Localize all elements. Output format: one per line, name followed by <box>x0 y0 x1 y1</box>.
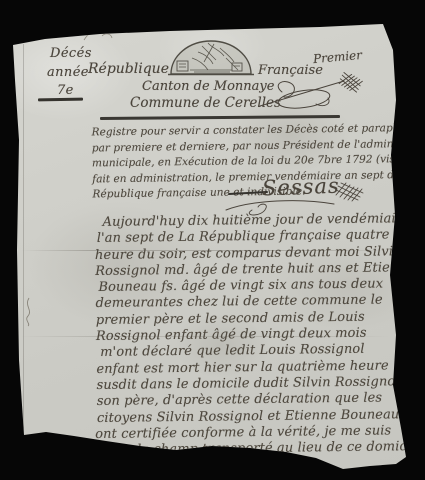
fold-crease <box>23 44 24 434</box>
republique-label: République <box>88 61 169 77</box>
crosshatch-paraph-icon <box>338 72 363 93</box>
signature-flourish-icon <box>258 70 368 116</box>
margin-annee-label: année <box>47 65 89 80</box>
pencil-mark-icon <box>82 26 114 46</box>
margin-underline <box>38 98 83 101</box>
register-line: sur le champ transporté au lieu de ce do… <box>111 439 423 459</box>
margin-year-value: 7e <box>57 83 74 98</box>
canton-line: Canton de Monnaye <box>142 79 274 94</box>
crosshatch-paraph-icon <box>336 181 366 201</box>
header-rule <box>100 115 340 120</box>
official-stamp-seal-icon <box>168 38 254 76</box>
margin-deces-label: Décés <box>50 46 92 61</box>
photographed-register-page: Décés année 7e République Française Prem… <box>0 0 425 480</box>
pencil-mark-icon <box>22 296 36 328</box>
premier-page-note: Premier <box>312 48 362 66</box>
register-entry: Aujourd'huy dix huitième jour de vendémi… <box>95 211 424 459</box>
paper-sheet: Décés année 7e République Française Prem… <box>0 0 425 480</box>
